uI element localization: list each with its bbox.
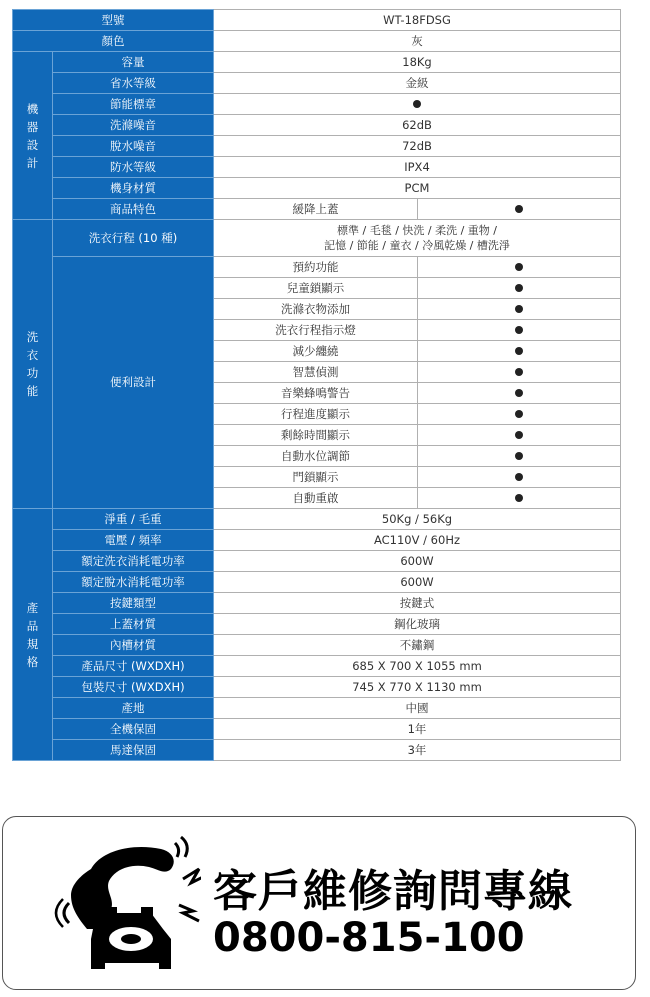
row-label: 淨重 / 毛重 — [53, 509, 214, 530]
check-dot-icon — [515, 326, 523, 334]
feature-mark — [418, 383, 621, 404]
table-row: 全機保固 1年 — [13, 719, 621, 740]
hotline-title: 客戶維修詢問專線 — [213, 855, 573, 919]
row-label: 馬達保固 — [53, 740, 214, 761]
row-value: 685 X 700 X 1055 mm — [214, 656, 621, 677]
check-dot-icon — [515, 389, 523, 397]
group-char: 品 — [13, 617, 52, 635]
table-row: 機 器 設 計 容量 18Kg — [13, 52, 621, 73]
check-dot-icon — [515, 305, 523, 313]
feature-mark — [418, 362, 621, 383]
row-label: 產品尺寸 (WXDXH) — [53, 656, 214, 677]
feature-mark — [418, 341, 621, 362]
group-char: 功 — [13, 364, 52, 382]
table-row: 額定洗衣消耗電功率 600W — [13, 551, 621, 572]
row-value: 鋼化玻璃 — [214, 614, 621, 635]
check-dot-icon — [515, 431, 523, 439]
feature-mark — [418, 299, 621, 320]
row-label: 防水等級 — [53, 157, 214, 178]
group-label-wash-functions: 洗 衣 功 能 — [13, 220, 53, 509]
group-char: 產 — [13, 599, 52, 617]
feature-name: 洗滌衣物添加 — [214, 299, 418, 320]
check-dot-icon — [515, 368, 523, 376]
hotline-banner: 客戶維修詢問專線 0800-815-100 — [2, 816, 636, 990]
feature-mark — [418, 425, 621, 446]
row-label: 上蓋材質 — [53, 614, 214, 635]
row-label-wash-programs: 洗衣行程 (10 種) — [53, 220, 214, 257]
spec-table: 型號 WT-18FDSG 顏色 灰 機 器 設 計 容量 18Kg 省水等級 金… — [12, 9, 621, 761]
feature-name: 減少纏繞 — [214, 341, 418, 362]
check-dot-icon — [515, 263, 523, 271]
feature-mark — [418, 488, 621, 509]
group-label-machine-design: 機 器 設 計 — [13, 52, 53, 220]
feature-name: 音樂蜂鳴警告 — [214, 383, 418, 404]
feature-mark — [418, 278, 621, 299]
group-char: 格 — [13, 653, 52, 671]
row-label: 商品特色 — [53, 199, 214, 220]
row-label: 額定洗衣消耗電功率 — [53, 551, 214, 572]
row-label: 節能標章 — [53, 94, 214, 115]
feature-mark — [418, 404, 621, 425]
row-value: 1年 — [214, 719, 621, 740]
row-label: 按鍵類型 — [53, 593, 214, 614]
table-row: 額定脫水消耗電功率 600W — [13, 572, 621, 593]
row-label: 機身材質 — [53, 178, 214, 199]
row-label: 洗滌噪音 — [53, 115, 214, 136]
row-value: PCM — [214, 178, 621, 199]
table-row: 洗 衣 功 能 洗衣行程 (10 種) 標準 / 毛毯 / 快洗 / 柔洗 / … — [13, 220, 621, 257]
row-value: AC110V / 60Hz — [214, 530, 621, 551]
row-value-dot — [214, 94, 621, 115]
row-label: 容量 — [53, 52, 214, 73]
group-label-product-specs: 產 品 規 格 — [13, 509, 53, 761]
table-row: 型號 WT-18FDSG — [13, 10, 621, 31]
check-dot-icon — [515, 205, 523, 213]
table-row: 產 品 規 格 淨重 / 毛重 50Kg / 56Kg — [13, 509, 621, 530]
check-dot-icon — [515, 284, 523, 292]
group-char: 設 — [13, 136, 52, 154]
group-char: 器 — [13, 118, 52, 136]
check-dot-icon — [515, 473, 523, 481]
row-value: 金級 — [214, 73, 621, 94]
table-row: 機身材質 PCM — [13, 178, 621, 199]
table-row: 商品特色 緩降上蓋 — [13, 199, 621, 220]
hotline-phone-number[interactable]: 0800-815-100 — [213, 915, 525, 961]
check-dot-icon — [515, 410, 523, 418]
feature-name: 洗衣行程指示燈 — [214, 320, 418, 341]
group-char: 衣 — [13, 346, 52, 364]
row-label: 全機保固 — [53, 719, 214, 740]
row-label: 包裝尺寸 (WXDXH) — [53, 677, 214, 698]
group-char: 規 — [13, 635, 52, 653]
feature-mark — [418, 320, 621, 341]
feature-name: 兒童鎖顯示 — [214, 278, 418, 299]
table-row: 節能標章 — [13, 94, 621, 115]
table-row: 顏色 灰 — [13, 31, 621, 52]
row-label: 省水等級 — [53, 73, 214, 94]
row-label: 脫水噪音 — [53, 136, 214, 157]
check-dot-icon — [515, 494, 523, 502]
table-row: 脫水噪音 72dB — [13, 136, 621, 157]
row-label: 電壓 / 頻率 — [53, 530, 214, 551]
row-label: 產地 — [53, 698, 214, 719]
ringing-telephone-icon — [31, 829, 201, 979]
table-row: 按鍵類型 按鍵式 — [13, 593, 621, 614]
feature-name: 行程進度顯示 — [214, 404, 418, 425]
feature-name: 門鎖顯示 — [214, 467, 418, 488]
table-row: 馬達保固 3年 — [13, 740, 621, 761]
feature-name: 自動水位調節 — [214, 446, 418, 467]
row-value: 灰 — [214, 31, 621, 52]
feature-name: 剩餘時間顯示 — [214, 425, 418, 446]
programs-line-1: 標準 / 毛毯 / 快洗 / 柔洗 / 重物 / — [214, 223, 620, 238]
row-value: 18Kg — [214, 52, 621, 73]
row-label: 型號 — [13, 10, 214, 31]
table-row: 上蓋材質 鋼化玻璃 — [13, 614, 621, 635]
feature-name: 自動重啟 — [214, 488, 418, 509]
table-row: 內槽材質 不鏽鋼 — [13, 635, 621, 656]
wash-programs-list: 標準 / 毛毯 / 快洗 / 柔洗 / 重物 / 記憶 / 節能 / 童衣 / … — [214, 220, 621, 257]
row-value: 62dB — [214, 115, 621, 136]
row-value: 50Kg / 56Kg — [214, 509, 621, 530]
row-value: 72dB — [214, 136, 621, 157]
feature-name: 智慧偵測 — [214, 362, 418, 383]
check-dot-icon — [515, 452, 523, 460]
row-value: WT-18FDSG — [214, 10, 621, 31]
row-label: 內槽材質 — [53, 635, 214, 656]
feature-name: 緩降上蓋 — [214, 199, 418, 220]
table-row: 電壓 / 頻率 AC110V / 60Hz — [13, 530, 621, 551]
group-char: 計 — [13, 154, 52, 172]
table-row: 產地 中國 — [13, 698, 621, 719]
row-value: 3年 — [214, 740, 621, 761]
feature-mark — [418, 199, 621, 220]
row-label: 顏色 — [13, 31, 214, 52]
row-label: 額定脫水消耗電功率 — [53, 572, 214, 593]
row-value: 600W — [214, 551, 621, 572]
group-char: 洗 — [13, 328, 52, 346]
group-char: 能 — [13, 382, 52, 400]
programs-line-2: 記憶 / 節能 / 童衣 / 冷風乾燥 / 槽洗淨 — [214, 238, 620, 253]
group-char: 機 — [13, 100, 52, 118]
row-value: IPX4 — [214, 157, 621, 178]
row-value: 600W — [214, 572, 621, 593]
table-row: 便利設計 預約功能 — [13, 257, 621, 278]
row-value: 按鍵式 — [214, 593, 621, 614]
feature-mark — [418, 467, 621, 488]
table-row: 省水等級 金級 — [13, 73, 621, 94]
feature-mark — [418, 257, 621, 278]
table-row: 防水等級 IPX4 — [13, 157, 621, 178]
row-value: 745 X 770 X 1130 mm — [214, 677, 621, 698]
row-value: 中國 — [214, 698, 621, 719]
check-dot-icon — [413, 100, 421, 108]
table-row: 洗滌噪音 62dB — [13, 115, 621, 136]
row-value: 不鏽鋼 — [214, 635, 621, 656]
check-dot-icon — [515, 347, 523, 355]
feature-name: 預約功能 — [214, 257, 418, 278]
feature-mark — [418, 446, 621, 467]
row-label-convenience: 便利設計 — [53, 257, 214, 509]
table-row: 包裝尺寸 (WXDXH) 745 X 770 X 1130 mm — [13, 677, 621, 698]
table-row: 產品尺寸 (WXDXH) 685 X 700 X 1055 mm — [13, 656, 621, 677]
